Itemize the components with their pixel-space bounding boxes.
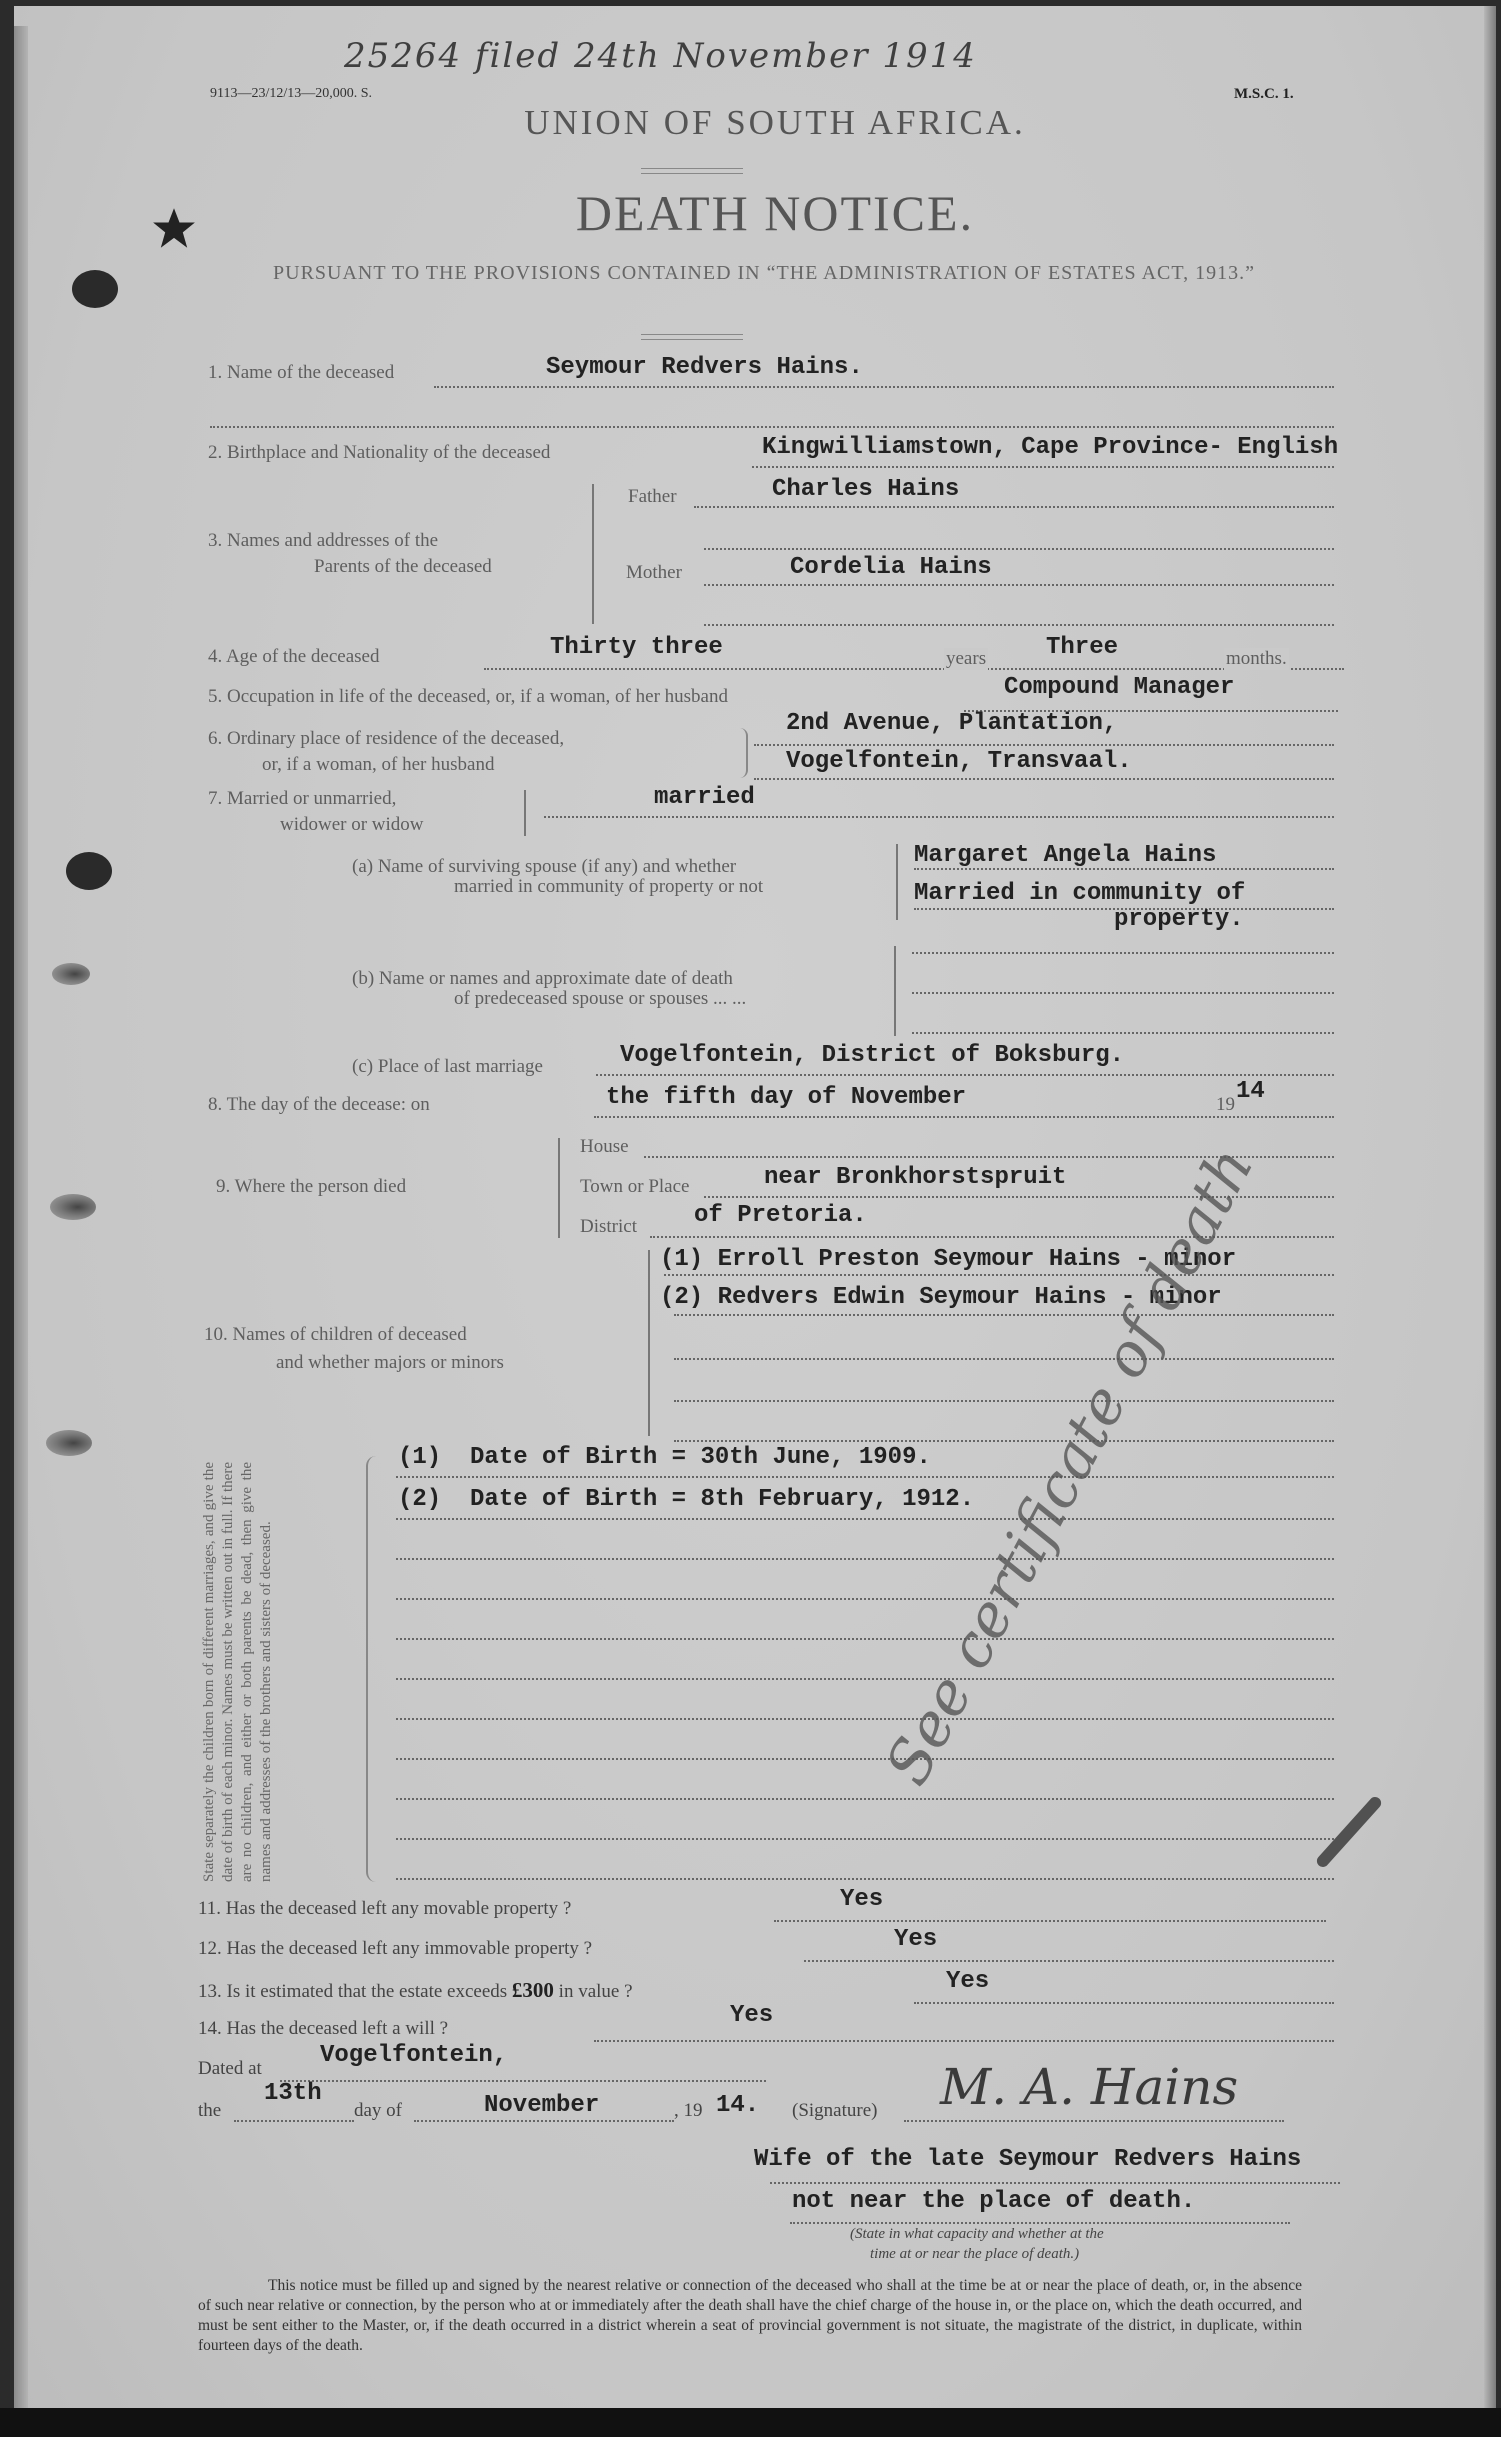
death-year-prefix: 19 <box>1216 1094 1235 1116</box>
dotted-line <box>904 2120 1284 2122</box>
signature-label: (Signature) <box>792 2100 877 2122</box>
month-value: November <box>484 2092 599 2119</box>
the-label: the <box>198 2100 221 2122</box>
q1-label: 1. Name of the deceased <box>208 362 394 384</box>
q1-value: Seymour Redvers Hains. <box>546 354 863 381</box>
scan-border <box>0 2408 1501 2437</box>
bracket <box>648 1250 650 1436</box>
q11-label: 11. Has the deceased left any movable pr… <box>198 1898 571 1920</box>
dotted-line <box>396 1638 1334 1640</box>
dotted-line <box>674 1440 1334 1442</box>
q7-label-line2: widower or widow <box>280 814 424 836</box>
q13-label-pre: 13. Is it estimated that the estate exce… <box>198 1981 512 2002</box>
district-value: of Pretoria. <box>694 1202 867 1229</box>
spouse-community-value-cont: property. <box>1114 906 1244 933</box>
page-edge-right <box>1484 6 1496 2424</box>
house-label: House <box>580 1136 629 1158</box>
form-code: 9113—23/12/13—20,000. S. <box>210 86 372 102</box>
q13-label-post: in value ? <box>554 1981 633 2002</box>
q7b-label-line2: of predeceased spouse or spouses ... ... <box>454 988 746 1010</box>
dotted-line <box>596 1074 1334 1076</box>
punch-hole <box>72 270 118 308</box>
dotted-line <box>544 816 1334 818</box>
dotted-line <box>396 1758 1334 1760</box>
q8-label: 8. The day of the decease: on <box>208 1094 430 1116</box>
document-page: 25264 filed 24th November 1914 9113—23/1… <box>14 6 1496 2424</box>
dotted-line <box>674 1358 1334 1360</box>
death-year-value: 14 <box>1236 1078 1265 1105</box>
page-edge-left <box>14 26 28 2426</box>
header-rule <box>641 168 743 174</box>
dotted-line <box>234 2120 354 2122</box>
q3-label-line2: Parents of the deceased <box>314 556 492 578</box>
years-label: years <box>944 648 988 670</box>
age-months-value: Three <box>1046 634 1118 661</box>
capacity-hint-line2: time at or near the place of death.) <box>870 2246 1079 2263</box>
q12-label: 12. Has the deceased left any immovable … <box>198 1938 592 1960</box>
q7b-label-line1: (b) Name or names and approximate date o… <box>352 968 733 990</box>
q4-label: 4. Age of the deceased <box>208 646 379 668</box>
punch-hole <box>46 1430 92 1456</box>
footer-instructions: This notice must be filled up and signed… <box>198 2276 1302 2356</box>
bracket <box>894 946 896 1036</box>
q13-label: 13. Is it estimated that the estate exce… <box>198 1978 633 2003</box>
dotted-line <box>594 1116 1334 1118</box>
dotted-line <box>752 466 1334 468</box>
page-title: DEATH NOTICE. <box>14 184 1496 242</box>
q2-value: Kingwilliamstown, Cape Province- English <box>762 434 1338 461</box>
q14-value: Yes <box>730 2002 773 2029</box>
dotted-line <box>664 1274 1334 1276</box>
dotted-line <box>396 1838 1334 1840</box>
dotted-line <box>396 1558 1334 1560</box>
q6-value-line2: Vogelfontein, Transvaal. <box>786 748 1132 775</box>
q14-label: 14. Has the deceased left a will ? <box>198 2018 448 2040</box>
dotted-line <box>434 386 1334 388</box>
dotted-line <box>754 778 1334 780</box>
q11-value: Yes <box>840 1886 883 1913</box>
q13-value: Yes <box>946 1968 989 1995</box>
bracket <box>592 484 594 624</box>
spouse-community-value: Married in community of <box>914 880 1245 907</box>
q7a-label-line2: married in community of property or not <box>454 876 763 898</box>
q6-value-line1: 2nd Avenue, Plantation, <box>786 710 1117 737</box>
q10-label-line1: 10. Names of children of deceased <box>204 1324 467 1346</box>
dotted-line <box>396 1718 1334 1720</box>
town-label: Town or Place <box>580 1176 689 1198</box>
day-of-label: day of <box>354 2100 402 2122</box>
year-prefix: , 19 <box>674 2100 703 2122</box>
q5-value: Compound Manager <box>1004 674 1234 701</box>
capacity-line1: Wife of the late Seymour Redvers Hains <box>754 2146 1301 2173</box>
dotted-line <box>912 1032 1334 1034</box>
bracket <box>558 1138 560 1238</box>
bracket <box>524 790 526 836</box>
marital-status-value: married <box>654 784 755 811</box>
dotted-line <box>396 1598 1334 1600</box>
dated-at-label: Dated at <box>198 2058 262 2080</box>
pencil-stroke <box>1314 1795 1383 1870</box>
dotted-line <box>396 1678 1334 1680</box>
dotted-line <box>594 2040 1334 2042</box>
q12-value: Yes <box>894 1926 937 1953</box>
dotted-line <box>704 584 1334 586</box>
q7-label-line1: 7. Married or unmarried, <box>208 788 396 810</box>
birth-date-1-value: (1) Date of Birth = 30th June, 1909. <box>398 1444 931 1471</box>
age-years-value: Thirty three <box>550 634 723 661</box>
form-id: M.S.C. 1. <box>1234 86 1294 103</box>
town-value: near Bronkhorstspruit <box>764 1164 1066 1191</box>
dotted-line <box>774 1920 1326 1922</box>
header-rule <box>641 334 743 340</box>
signature-value: M. A. Hains <box>940 2058 1238 2116</box>
mother-value: Cordelia Hains <box>790 554 992 581</box>
country-heading: UNION OF SOUTH AFRICA. <box>14 103 1496 143</box>
mother-label: Mother <box>626 562 682 584</box>
marriage-place-value: Vogelfontein, District of Boksburg. <box>620 1042 1124 1069</box>
dotted-line <box>396 1518 1334 1520</box>
q5-label: 5. Occupation in life of the deceased, o… <box>208 686 728 708</box>
district-label: District <box>580 1216 637 1238</box>
dotted-line <box>704 548 1334 550</box>
q6-label-line2: or, if a woman, of her husband <box>262 754 494 776</box>
bracket <box>896 844 898 920</box>
dotted-line <box>674 1400 1334 1402</box>
q6-label-line1: 6. Ordinary place of residence of the de… <box>208 728 564 750</box>
year-value: 14. <box>716 2092 759 2119</box>
capacity-hint-line1: (State in what capacity and whether at t… <box>850 2226 1104 2243</box>
father-label: Father <box>628 486 677 508</box>
q13-amount: £300 <box>512 1978 554 2002</box>
punch-hole <box>66 852 112 890</box>
birth-date-2-value: (2) Date of Birth = 8th February, 1912. <box>398 1486 974 1513</box>
brace <box>738 728 748 778</box>
dotted-line <box>704 624 1334 626</box>
dotted-line <box>280 2080 766 2082</box>
months-label: months. <box>1224 648 1289 670</box>
punch-hole <box>50 1194 96 1220</box>
capacity-line2: not near the place of death. <box>792 2188 1195 2215</box>
dotted-line <box>804 1960 1334 1962</box>
dotted-line <box>770 2182 1340 2184</box>
q2-label: 2. Birthplace and Nationality of the dec… <box>208 442 550 464</box>
day-value: 13th <box>264 2080 322 2107</box>
death-date-value: the fifth day of November <box>606 1084 966 1111</box>
father-value: Charles Hains <box>772 476 959 503</box>
dotted-line <box>396 1798 1334 1800</box>
children-instructions: State separately the children born of di… <box>200 1462 350 1882</box>
dotted-line <box>912 952 1334 954</box>
dotted-line <box>396 1878 1334 1880</box>
punch-hole <box>52 963 90 985</box>
brace <box>366 1456 378 1882</box>
dotted-line <box>414 2120 674 2122</box>
dotted-line <box>914 2002 1334 2004</box>
dotted-line <box>912 992 1334 994</box>
dotted-line <box>210 426 1334 428</box>
side-note-container: State separately the children born of di… <box>200 1462 350 1882</box>
page-subtitle: PURSUANT TO THE PROVISIONS CONTAINED IN … <box>234 260 1294 286</box>
dotted-line <box>484 668 1344 670</box>
q9-label: 9. Where the person died <box>216 1176 406 1198</box>
q7a-label-line1: (a) Name of surviving spouse (if any) an… <box>352 856 736 878</box>
dotted-line <box>674 1314 1334 1316</box>
dated-at-value: Vogelfontein, <box>320 2042 507 2069</box>
filing-annotation: 25264 filed 24th November 1914 <box>344 36 977 76</box>
q7c-label: (c) Place of last marriage <box>352 1056 543 1078</box>
q3-label-line1: 3. Names and addresses of the <box>208 530 438 552</box>
spouse-name-value: Margaret Angela Hains <box>914 842 1216 869</box>
dotted-line <box>694 506 1334 508</box>
dotted-line <box>754 744 1334 746</box>
q10-label-line2: and whether majors or minors <box>276 1352 504 1374</box>
dotted-line <box>790 2222 1290 2224</box>
dotted-line <box>396 1476 1334 1478</box>
